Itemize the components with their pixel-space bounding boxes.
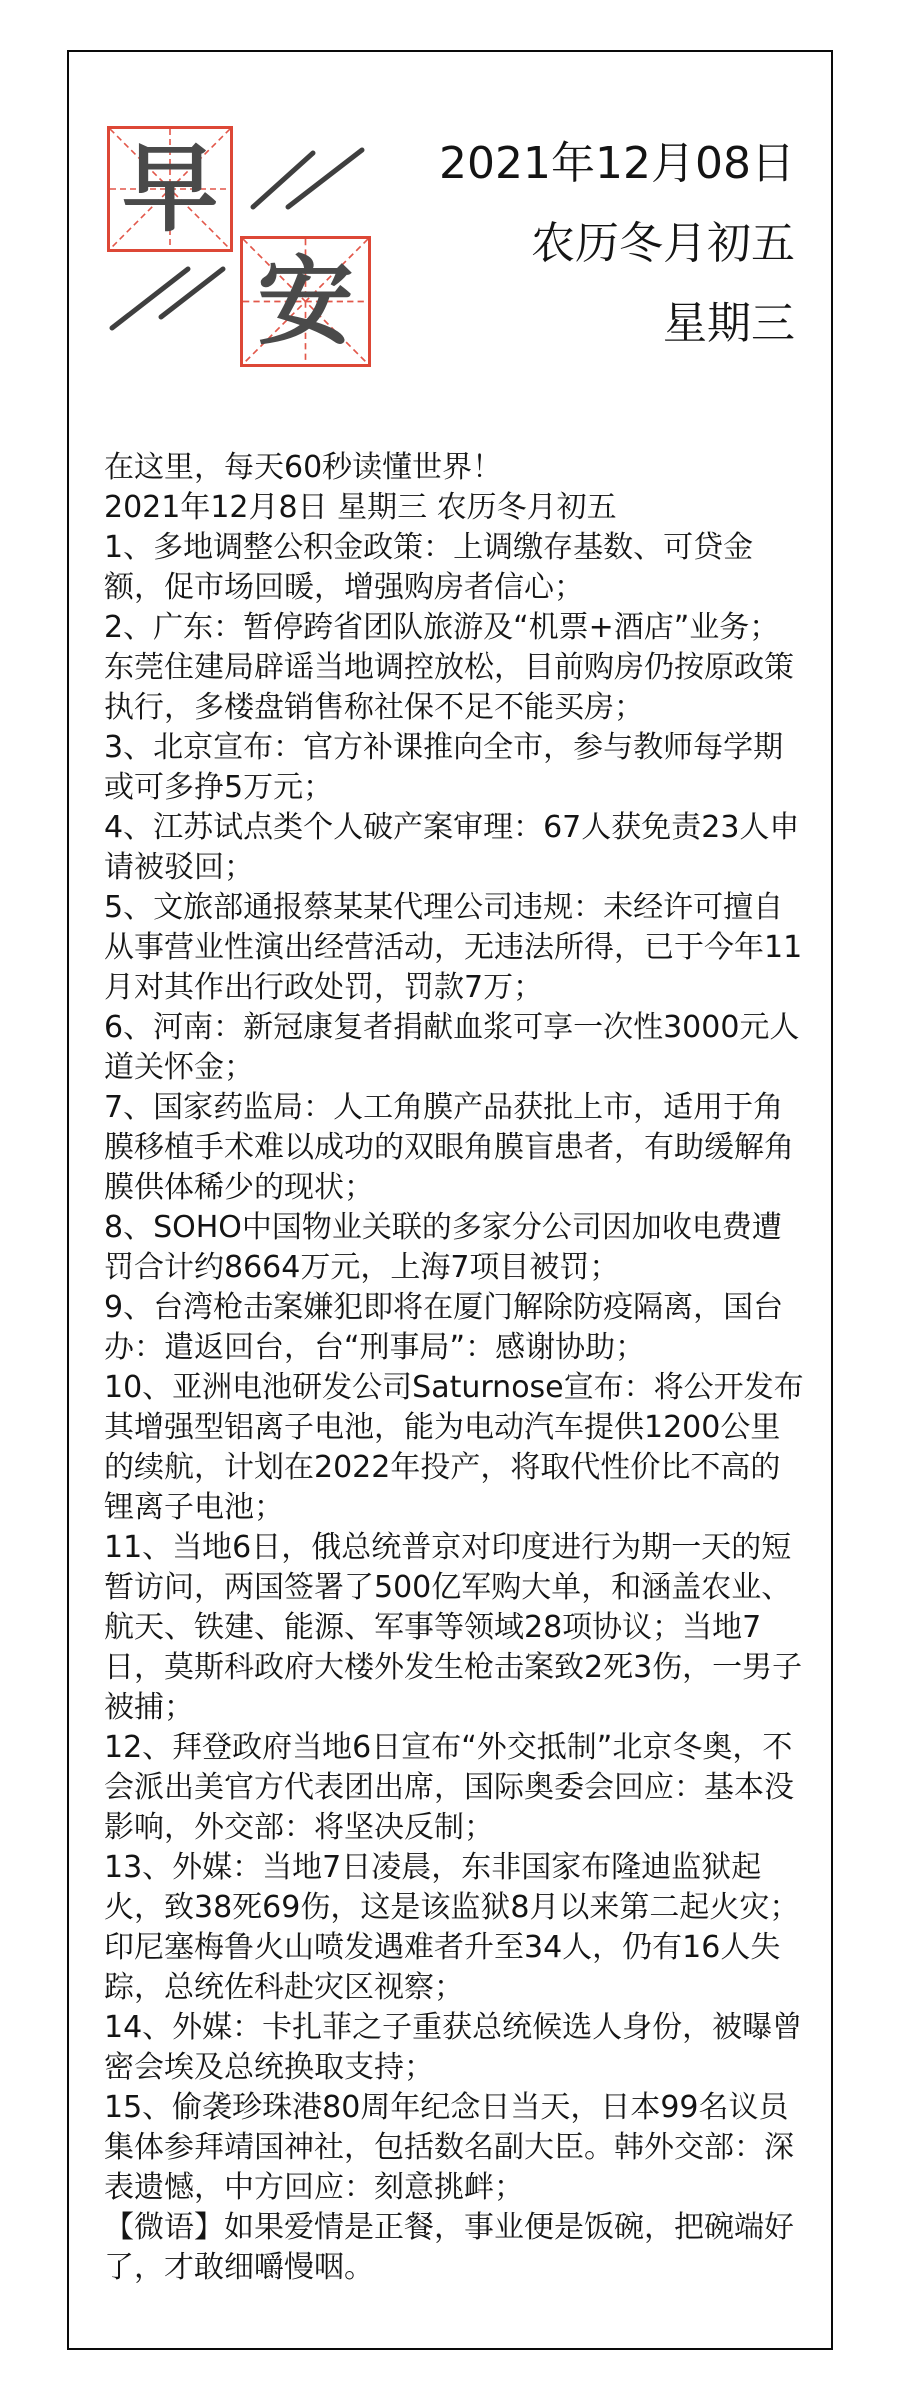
date-block: 2021年12月08日 农历冬月初五 星期三 bbox=[395, 124, 795, 364]
date-lunar: 农历冬月初五 bbox=[395, 204, 795, 284]
news-item-11: 11、当地6日，俄总统普京对印度进行为期一天的短暂访问，两国签署了500亿军购大… bbox=[104, 1528, 804, 1728]
news-item-10: 10、亚洲电池研发公司Saturnose宣布：将公开发布其增强型铝离子电池，能为… bbox=[104, 1368, 804, 1528]
logo-char-an: 安 bbox=[258, 254, 354, 350]
news-item-5: 5、文旅部通报蔡某某代理公司违规：未经许可擅自从事营业性演出经营活动，无违法所得… bbox=[104, 888, 804, 1008]
news-item-7: 7、国家药监局：人工角膜产品获批上市，适用于角膜移植手术难以成功的双眼角膜盲患者… bbox=[104, 1088, 804, 1208]
date-gregorian: 2021年12月08日 bbox=[395, 124, 795, 204]
date-weekday: 星期三 bbox=[395, 284, 795, 364]
news-item-14: 14、外媒：卡扎菲之子重获总统候选人身份，被曝曾密会埃及总统换取支持； bbox=[104, 2008, 804, 2088]
date-line: 2021年12月8日 星期三 农历冬月初五 bbox=[104, 488, 804, 528]
weiyu-line: 【微语】如果爱情是正餐，事业便是饭碗，把碗端好了，才敢细嚼慢咽。 bbox=[104, 2208, 804, 2288]
news-item-2: 2、广东：暂停跨省团队旅游及“机票+酒店”业务；东莞住建局辟谣当地调控放松，目前… bbox=[104, 608, 804, 728]
news-item-1: 1、多地调整公积金政策：上调缴存基数、可贷金额，促市场回暖，增强购房者信心； bbox=[104, 528, 804, 608]
news-item-8: 8、SOHO中国物业关联的多家分公司因加收电费遭罚合计约8664万元，上海7项目… bbox=[104, 1208, 804, 1288]
news-item-15: 15、偷袭珍珠港80周年纪念日当天，日本99名议员集体参拜靖国神社，包括数名副大… bbox=[104, 2088, 804, 2208]
news-item-3: 3、北京宣布：官方补课推向全市，参与教师每学期或可多挣5万元； bbox=[104, 728, 804, 808]
news-body: 在这里，每天60秒读懂世界！ 2021年12月8日 星期三 农历冬月初五 1、多… bbox=[104, 448, 804, 2288]
an-grid-box: 安 bbox=[240, 236, 371, 367]
zao-grid-box: 早 bbox=[107, 126, 233, 252]
news-item-13: 13、外媒：当地7日凌晨，东非国家布隆迪监狱起火，致38死69伤，这是该监狱8月… bbox=[104, 1848, 804, 2008]
logo-char-zao: 早 bbox=[122, 141, 218, 237]
news-item-6: 6、河南：新冠康复者捐献血浆可享一次性3000元人道关怀金； bbox=[104, 1008, 804, 1088]
news-item-9: 9、台湾枪击案嫌犯即将在厦门解除防疫隔离，国台办：遣返回台，台“刑事局”：感谢协… bbox=[104, 1288, 804, 1368]
intro-line: 在这里，每天60秒读懂世界！ bbox=[104, 448, 804, 488]
news-item-4: 4、江苏试点类个人破产案审理：67人获免责23人申请被驳回； bbox=[104, 808, 804, 888]
news-item-12: 12、拜登政府当地6日宣布“外交抵制”北京冬奥，不会派出美官方代表团出席，国际奥… bbox=[104, 1728, 804, 1848]
card-frame: 早 安 2021年12月08日 农历冬月初五 星期三 在这里，每天60秒读懂世界… bbox=[67, 50, 833, 2350]
